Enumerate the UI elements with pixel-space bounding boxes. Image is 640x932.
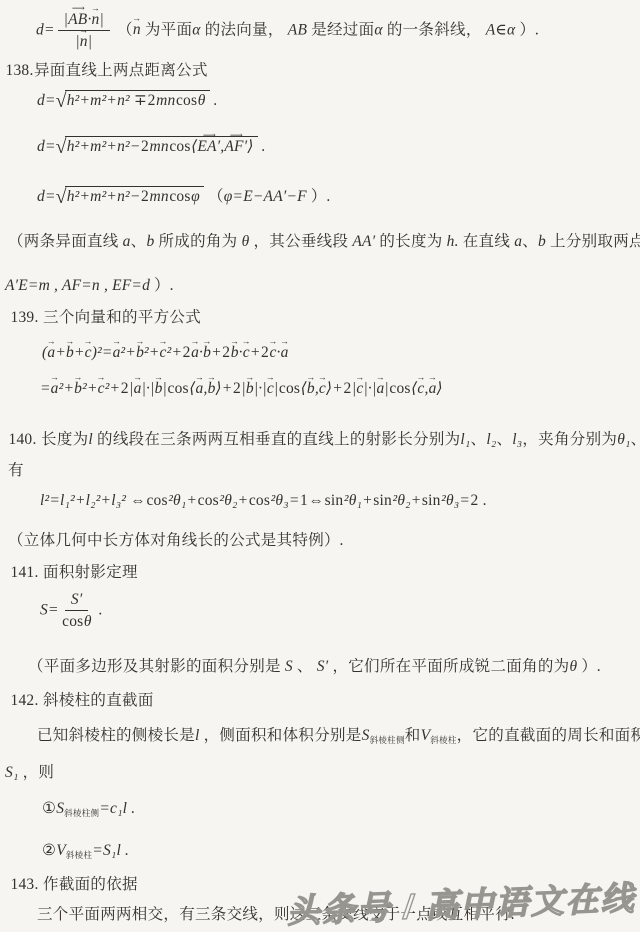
heading-139: 139. 三个向量和的平方公式 bbox=[10, 308, 201, 328]
paragraph-142-line2: S₁ ，则 bbox=[5, 763, 54, 783]
formula-three-vectors-cos: =a²+b²+c²+2|a|·|b|cos⟨a,b⟩+2|b|·|c|cos⟨b… bbox=[40, 379, 443, 399]
formula-skew-distance-vectors: d=√h²+m²+n²−2mncos⟨EA′,AF′⟩ . bbox=[37, 136, 266, 157]
formula-point-plane-distance: d=|AB·n||n| （n 为平面α 的法向量， AB 是经过面α 的一条斜线… bbox=[36, 10, 539, 52]
heading-143: 143. 作截面的依据 bbox=[10, 875, 138, 895]
formula-three-vectors-expand: (a+b+c)²=a²+b²+c²+2a·b+2b·c+2c·a bbox=[42, 343, 289, 363]
formula-142-volume: ②V斜棱柱=S₁l . bbox=[42, 841, 129, 861]
note-skew-lines-1: （两条异面直线 a、b 所成的角为 θ ，其公垂线段 AA′ 的长度为 h. 在… bbox=[8, 232, 640, 252]
watermark: 头条号 / 高中语文在线 bbox=[287, 872, 637, 932]
note-140: （立体几何中长方体对角线长的公式是其特例）. bbox=[8, 531, 344, 551]
heading-138: 138.异面直线上两点距离公式 bbox=[5, 61, 208, 81]
formula-skew-distance-phi: d=√h²+m²+n²−2mncosφ （φ=E−AA′−F ）. bbox=[37, 186, 331, 207]
paragraph-142-line1: 已知斜棱柱的侧棱长是l ，侧面积和体积分别是S斜棱柱侧和V斜棱柱，它的直截面的周… bbox=[37, 726, 640, 746]
paragraph-140-line1: 140. 长度为l 的线段在三条两两互相垂直的直线上的射影长分别为l₁、l₂、l… bbox=[8, 430, 640, 450]
note-skew-lines-2: A′E=m , AF=n , EF=d ）. bbox=[5, 276, 174, 296]
note-141: （平面多边形及其射影的面积分别是 S 、 S′ ，它们所在平面所成锐二面角的为θ… bbox=[28, 657, 601, 677]
formula-142-lateral-area: ①S斜棱柱侧=c₁l . bbox=[42, 799, 135, 819]
formula-projection-squares: l²=l₁²+l₂²+l₃² ⇔cos²θ₁+cos²θ₂+cos²θ₃=1⇔s… bbox=[40, 491, 487, 511]
formula-skew-distance-theta: d=√h²+m²+n² ∓2mncosθ . bbox=[37, 90, 218, 111]
document-page: d=|AB·n||n| （n 为平面α 的法向量， AB 是经过面α 的一条斜线… bbox=[0, 0, 640, 932]
heading-142: 142. 斜棱柱的直截面 bbox=[10, 691, 154, 711]
formula-area-projection: S=S′cosθ . bbox=[40, 590, 103, 632]
heading-141: 141. 面积射影定理 bbox=[10, 563, 138, 583]
paragraph-140-line2: 有 bbox=[8, 461, 24, 481]
